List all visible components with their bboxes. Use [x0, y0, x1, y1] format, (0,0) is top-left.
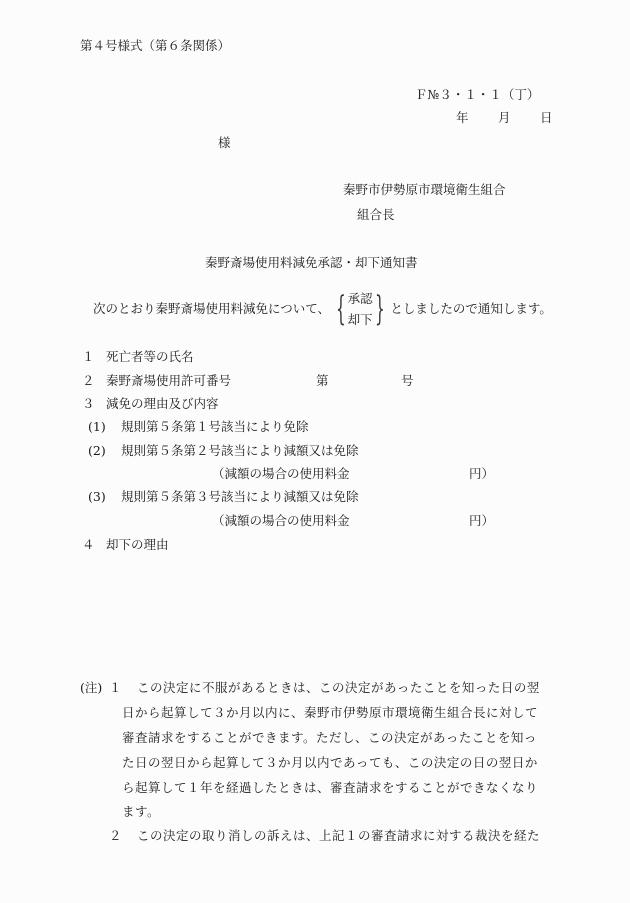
permit-go-label: 号: [401, 375, 414, 388]
decision-options: 承認 却下: [348, 290, 373, 328]
reason-2-label: 規則第５条第２号該当により減額又は免除: [121, 445, 359, 458]
date-year-label: 年: [456, 112, 469, 125]
note-1-line-2: 日から起算して３か月以内に、秦野市伊勢原市環境衛生組合長に対して: [122, 707, 538, 720]
item-4-label: 却下の理由: [106, 539, 169, 552]
item-1-label: 死亡者等の氏名: [106, 351, 194, 364]
reason-2-fee-unit: 円）: [469, 468, 494, 481]
item-1-num: １: [82, 351, 95, 364]
date-day-label: 日: [540, 112, 553, 125]
reason-1-num: (1): [88, 421, 106, 434]
reason-3-fee-unit: 円）: [469, 515, 494, 528]
left-brace-icon: {: [336, 292, 346, 326]
intro-sentence: 次のとおり秦野斎場使用料減免について、 { 承認 却下 } としましたので通知し…: [93, 287, 552, 331]
reason-3-num: (3): [88, 491, 106, 504]
item-4-num: ４: [82, 539, 95, 552]
note-1-num: １: [109, 682, 122, 695]
reason-2-fee-label: （減額の場合の使用料金: [212, 468, 350, 481]
document-title: 秦野斎場使用料減免承認・却下通知書: [205, 257, 418, 270]
note-2-num: ２: [109, 830, 122, 843]
permit-dai-label: 第: [316, 375, 329, 388]
item-2-label: 秦野斎場使用許可番号: [106, 375, 231, 388]
issuer-title: 組合長: [357, 209, 395, 222]
intro-before: 次のとおり秦野斎場使用料減免について、: [93, 303, 330, 316]
form-number: 第４号様式（第６条関係）: [80, 40, 230, 53]
item-3-num: ３: [82, 398, 95, 411]
reason-3-fee-label: （減額の場合の使用料金: [212, 515, 350, 528]
right-brace-icon: }: [375, 292, 385, 326]
issuer-org: 秦野市伊勢原市環境衛生組合: [343, 184, 506, 197]
item-2-num: ２: [82, 375, 95, 388]
notes-prefix: (注): [80, 682, 102, 695]
note-2-line-1: この決定の取り消しの訴えは、上記１の審査請求に対する裁決を経た: [137, 830, 540, 843]
item-3-label: 減免の理由及び内容: [106, 398, 219, 411]
note-1-line-6: ます。: [122, 806, 160, 819]
option-reject: 却下: [348, 311, 373, 328]
intro-after: としましたので通知します。: [390, 303, 552, 316]
note-1-line-3: 審査請求をすることができます。ただし、この決定があったことを知っ: [122, 732, 537, 745]
note-1-line-1: この決定に不服があるときは、この決定があったことを知った日の翌: [137, 682, 540, 695]
reason-3-label: 規則第５条第３号該当により減額又は免除: [121, 491, 359, 504]
note-1-line-4: た日の翌日から起算して３か月以内であっても、この決定の日の翌日か: [122, 757, 538, 770]
option-approve: 承認: [348, 290, 373, 307]
file-number: Ｆ№３・１・１（丁）: [415, 89, 539, 102]
reason-2-num: (2): [88, 445, 106, 458]
date-month-label: 月: [498, 112, 511, 125]
note-1-line-5: ら起算して１年を経過したときは、審査請求をすることができなくなり: [122, 782, 538, 795]
addressee-suffix: 様: [218, 137, 231, 150]
reason-1-label: 規則第５条第１号該当により免除: [121, 421, 309, 434]
